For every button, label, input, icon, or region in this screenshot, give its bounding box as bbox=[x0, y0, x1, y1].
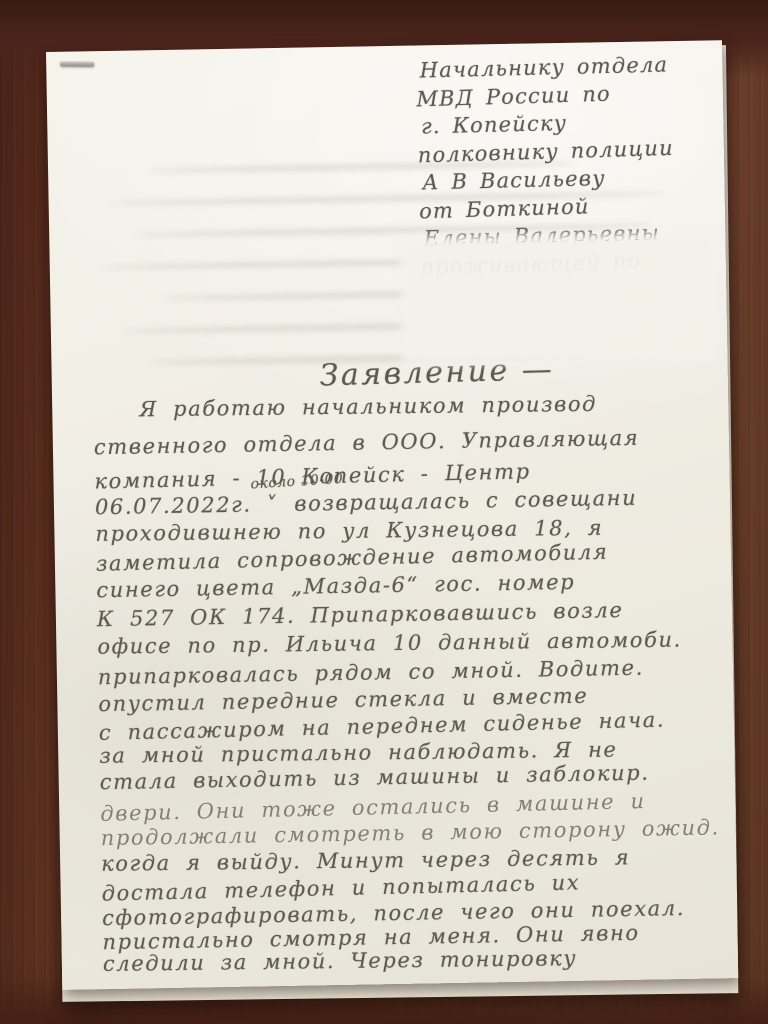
body-line: ственного отдела в ООО. Управляющая bbox=[94, 426, 640, 460]
desk-photo-scene: Начальнику отдела МВД России по г. Копей… bbox=[0, 0, 768, 1024]
body-line: следили за мной. Через тонировку bbox=[103, 946, 577, 976]
body-line: синего цвета „Мазда-6“ гос. номер bbox=[96, 570, 575, 602]
redaction-blur bbox=[407, 238, 711, 357]
body-line: Я работаю начальником производ bbox=[93, 392, 597, 422]
body-line: офисе по пр. Ильича 10 данный автомоби. bbox=[97, 628, 682, 659]
handwritten-statement-page: Начальнику отдела МВД России по г. Копей… bbox=[46, 40, 738, 990]
body-line: К 527 ОК 174. Припарковавшись возле bbox=[97, 598, 624, 631]
statement-body: Я работаю начальником производ ственного… bbox=[46, 40, 738, 990]
